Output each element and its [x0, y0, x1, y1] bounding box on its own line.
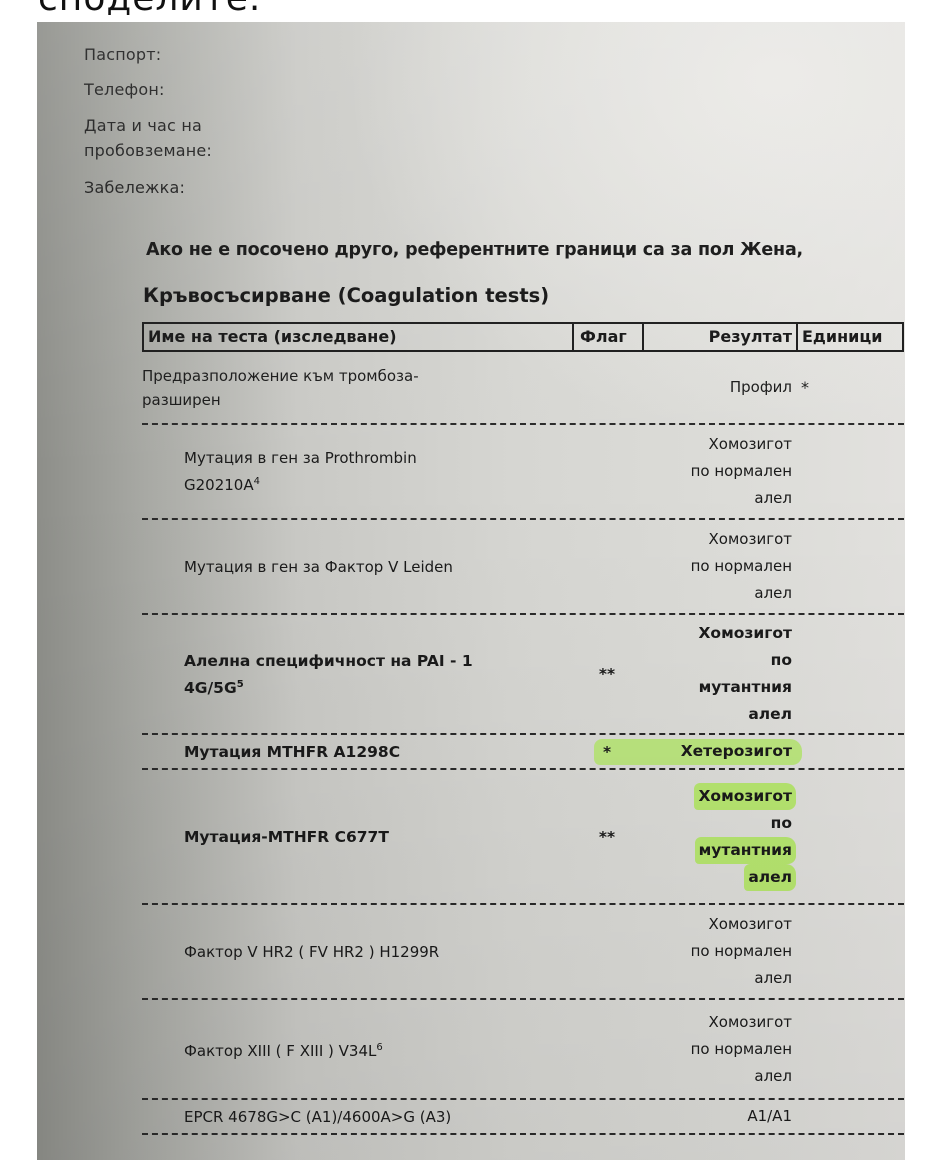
- document-photo: · · · Паспорт: Телефон: Дата и час на пр…: [37, 22, 905, 1160]
- test-name: Фактор V HR2 ( FV HR2 ) H1299R: [142, 905, 572, 998]
- table-header: Име на теста (изследване) Флаг Резултат …: [142, 322, 904, 352]
- flag-value: [572, 520, 642, 613]
- footnote-marker: 6: [376, 1042, 382, 1053]
- result-line: A1/A1: [747, 1103, 792, 1130]
- test-name: Мутация-MTHFR C677T: [142, 770, 572, 903]
- flag-value: *: [572, 735, 642, 768]
- table-row: Мутация-MTHFR C677T**Хомозиготпомутантни…: [142, 770, 904, 905]
- table-row: Фактор XIII ( F XIII ) V34L6Хомозиготпо …: [142, 1000, 904, 1100]
- result-line: по нормален: [691, 458, 792, 485]
- table-row: Мутация MTHFR A1298C*Хетерозигот: [142, 735, 904, 770]
- test-name: Алелна специфичност на PAI - 1 4G/5G5: [142, 615, 572, 733]
- sampling-datetime-label: Дата и час на пробовземане:: [84, 113, 212, 163]
- result-line: алел: [754, 485, 792, 512]
- table-row: Фактор V HR2 ( FV HR2 ) H1299RХомозиготп…: [142, 905, 904, 1000]
- flag-value: [572, 1000, 642, 1098]
- table-row: Предразположение към тромбоза- разширенП…: [142, 352, 904, 425]
- result-line: мутантния: [699, 674, 792, 701]
- table-row: Мутация в ген за Prothrombin G20210A4Хом…: [142, 425, 904, 520]
- units-value: [796, 905, 902, 998]
- cut-off-label: · · ·: [85, 22, 110, 29]
- result-line: по нормален: [691, 938, 792, 965]
- test-name: Мутация MTHFR A1298C: [142, 735, 572, 768]
- table-row: Мутация в ген за Фактор V LeidenХомозиго…: [142, 520, 904, 615]
- result-value: Хетерозигот: [642, 735, 796, 768]
- units-value: [796, 1000, 902, 1098]
- result-line: по нормален: [691, 553, 792, 580]
- result-line: Хомозигот: [709, 431, 792, 458]
- result-line: Хомозигот: [709, 1009, 792, 1036]
- test-name: EPCR 4678G>C (A1)/4600A>G (A3): [142, 1100, 572, 1133]
- units-value: [796, 735, 902, 768]
- result-line: Хомозигот: [694, 783, 796, 810]
- result-line: по: [771, 810, 792, 837]
- test-name: Мутация в ген за Фактор V Leiden: [142, 520, 572, 613]
- column-header-name: Име на теста (изследване): [144, 324, 574, 350]
- result-line: мутантния: [695, 837, 796, 864]
- result-value: Хомозиготпо нормаленалел: [642, 425, 796, 518]
- result-line: алел: [754, 580, 792, 607]
- test-name: Фактор XIII ( F XIII ) V34L6: [142, 1000, 572, 1098]
- result-line: Профил: [730, 374, 792, 401]
- result-line: алел: [748, 701, 792, 728]
- result-line: Хомозигот: [709, 526, 792, 553]
- phone-label: Телефон:: [84, 77, 165, 102]
- flag-value: [572, 1100, 642, 1133]
- result-line: алел: [754, 965, 792, 992]
- column-header-result: Резултат: [644, 324, 798, 350]
- flag-value: **: [572, 615, 642, 733]
- flag-value: [572, 352, 642, 423]
- table-row: Алелна специфичност на PAI - 1 4G/5G5**Х…: [142, 615, 904, 735]
- passport-label: Паспорт:: [84, 42, 161, 67]
- result-line: алел: [754, 1063, 792, 1090]
- units-value: [796, 770, 902, 903]
- units-value: [796, 425, 902, 518]
- result-line: по: [771, 647, 792, 674]
- result-line: алел: [744, 864, 796, 891]
- units-value: [796, 615, 902, 733]
- flag-value: [572, 905, 642, 998]
- column-header-flag: Флаг: [574, 324, 644, 350]
- table-body: Предразположение към тромбоза- разширенП…: [142, 352, 902, 1135]
- result-value: Профил: [642, 352, 796, 423]
- footnote-marker: 5: [237, 679, 244, 690]
- result-line: Хомозигот: [709, 911, 792, 938]
- result-line: Хомозигот: [698, 620, 792, 647]
- units-value: [796, 1100, 902, 1133]
- result-value: Хомозиготпо нормаленалел: [642, 520, 796, 613]
- result-line: Хетерозигот: [681, 738, 792, 765]
- column-header-units: Единици: [798, 324, 904, 350]
- result-value: A1/A1: [642, 1100, 796, 1133]
- chat-message-fragment: споделите.: [38, 0, 261, 19]
- results-table: Име на теста (изследване) Флаг Резултат …: [142, 322, 902, 1135]
- table-row: EPCR 4678G>C (A1)/4600A>G (A3)A1/A1: [142, 1100, 904, 1135]
- result-value: Хомозиготпомутантнияалел: [642, 615, 796, 733]
- test-name: Предразположение към тромбоза- разширен: [142, 352, 572, 423]
- result-line: по нормален: [691, 1036, 792, 1063]
- units-value: *: [796, 352, 902, 423]
- units-value: [796, 520, 902, 613]
- footnote-marker: 4: [254, 476, 260, 487]
- remark-label: Забележка:: [84, 175, 185, 200]
- flag-value: **: [572, 770, 642, 903]
- result-value: Хомозиготпо нормаленалел: [642, 905, 796, 998]
- reference-note: Ако не е посочено друго, референтните гр…: [146, 240, 803, 260]
- result-value: Хомозиготпомутантнияалел: [642, 770, 796, 903]
- flag-value: [572, 425, 642, 518]
- section-title: Кръвосъсирване (Coagulation tests): [143, 284, 549, 307]
- result-value: Хомозиготпо нормаленалел: [642, 1000, 796, 1098]
- test-name: Мутация в ген за Prothrombin G20210A4: [142, 425, 572, 518]
